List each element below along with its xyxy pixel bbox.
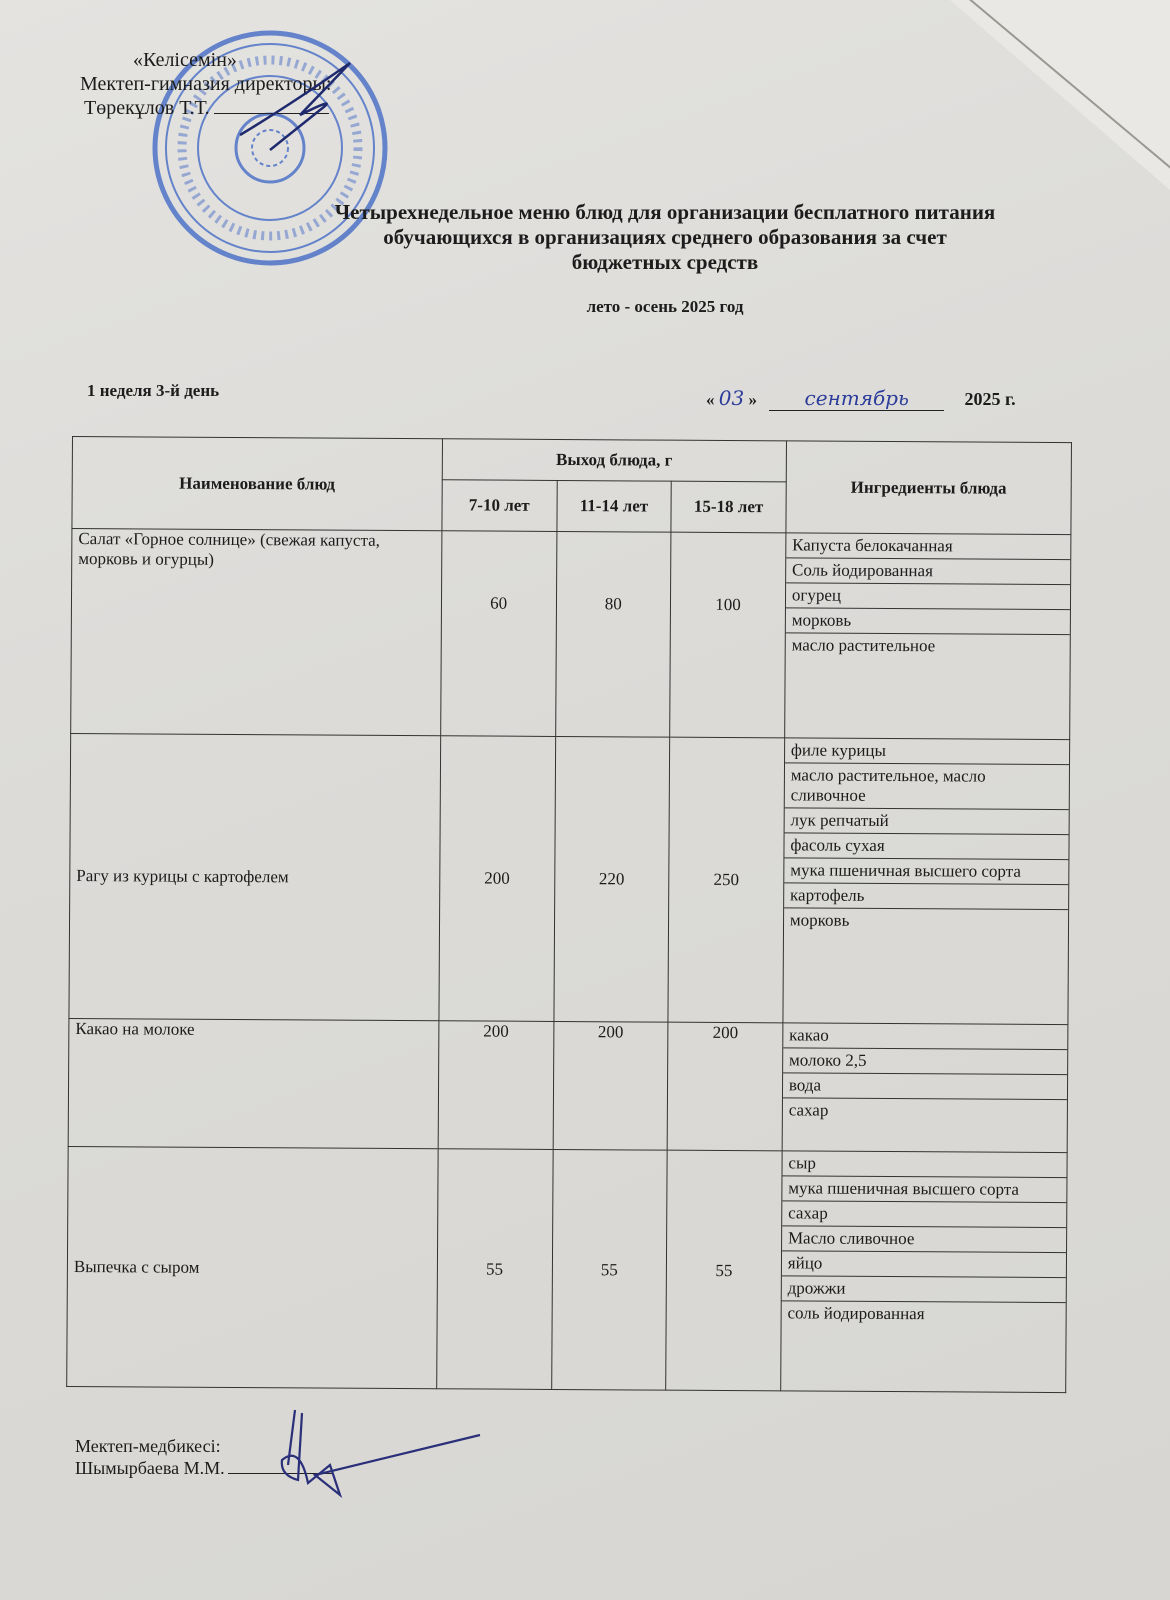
dish-name: Салат «Горное солнице» (свежая капуста, … (71, 529, 442, 736)
ingredient-item: Соль йодированная (786, 558, 1070, 585)
portion-11-14: 200 (553, 1021, 668, 1150)
portion-15-18: 55 (666, 1150, 782, 1391)
ingredient-item: масло растительное, масло сливочное (785, 763, 1069, 810)
portion-7-10: 200 (439, 736, 555, 1022)
ingredient-item: картофель (784, 883, 1068, 910)
ingredient-item: какао (783, 1023, 1067, 1050)
ingredient-item: вода (783, 1073, 1067, 1100)
date-year: 2025 г. (964, 389, 1015, 409)
portion-15-18: 200 (667, 1022, 782, 1151)
portion-11-14: 220 (553, 736, 669, 1022)
ingredient-item: яйцо (782, 1251, 1066, 1278)
date-month: сентябрь (769, 386, 944, 411)
table-row: Какао на молоке200200200какаомолоко 2,5в… (68, 1018, 1068, 1152)
quote-open: « (706, 390, 715, 409)
portion-7-10: 55 (437, 1149, 553, 1390)
director-signature-icon (230, 55, 370, 155)
header-age-15-18: 15-18 лет (671, 481, 786, 533)
title-line-2: обучающихся в организациях среднего обра… (270, 225, 1060, 250)
ingredient-item: соль йодированная (781, 1301, 1065, 1327)
ingredients-cell: сырмука пшеничная высшего сортасахарМасл… (781, 1151, 1068, 1393)
ingredient-item: лук репчатый (784, 808, 1068, 835)
ingredients-cell: какаомолоко 2,5водасахар (782, 1023, 1068, 1153)
ingredient-item: сахар (782, 1201, 1066, 1228)
header-age-11-14: 11-14 лет (556, 480, 671, 532)
ingredient-item: филе курицы (785, 738, 1069, 765)
ingredient-item: огурец (786, 583, 1070, 610)
menu-date: « 03 » сентябрь 2025 г. (706, 386, 1016, 411)
quote-close: » (748, 390, 757, 409)
ingredient-item: мука пшеничная высшего сорта (782, 1176, 1066, 1203)
portion-11-14: 55 (551, 1149, 667, 1390)
page-corner (950, 0, 1170, 190)
ingredient-item: молоко 2,5 (783, 1048, 1067, 1075)
portion-7-10: 200 (438, 1021, 553, 1150)
table-row: Салат «Горное солнице» (свежая капуста, … (71, 529, 1071, 740)
header-output: Выход блюда, г (442, 439, 786, 482)
dish-name: Выпечка с сыром (67, 1146, 438, 1388)
header-age-7-10: 7-10 лет (442, 480, 557, 532)
date-day: 03 (719, 386, 744, 410)
table-row: Выпечка с сыром555555сырмука пшеничная в… (67, 1146, 1067, 1392)
portion-15-18: 100 (670, 532, 786, 738)
ingredient-item: сахар (783, 1098, 1067, 1124)
nurse-name: Шымырбаева М.М. (75, 1458, 225, 1478)
table-row: Рагу из курицы с картофелем200220250филе… (69, 733, 1070, 1024)
ingredient-item: фасоль сухая (784, 833, 1068, 860)
ingredients-cell: филе курицымасло растительное, масло сли… (783, 738, 1070, 1025)
ingredient-item: дрожжи (782, 1276, 1066, 1303)
ingredient-item: морковь (784, 908, 1068, 934)
ingredient-item: Капуста белокачанная (786, 533, 1070, 560)
portion-11-14: 80 (555, 531, 671, 737)
nurse-signature-icon (270, 1405, 500, 1500)
portion-15-18: 250 (668, 737, 784, 1023)
title-line-3: бюджетных средств (270, 250, 1060, 275)
ingredient-item: масло растительное (786, 633, 1070, 659)
ingredient-item: морковь (786, 608, 1070, 635)
week-day-label: 1 неделя 3-й день (87, 381, 219, 401)
ingredient-item: сыр (782, 1151, 1066, 1178)
document-title: Четырехнедельное меню блюд для организац… (270, 200, 1060, 275)
portion-7-10: 60 (441, 531, 557, 737)
ingredient-item: Масло сливочное (782, 1226, 1066, 1253)
ingredients-cell: Капуста белокачаннаяСоль йодированнаяогу… (785, 533, 1071, 740)
header-ingredients: Ингредиенты блюда (786, 441, 1072, 535)
season-subtitle: лето - осень 2025 год (270, 297, 1060, 317)
title-line-1: Четырехнедельное меню блюд для организац… (270, 200, 1060, 225)
header-dish-name: Наименование блюд (72, 437, 442, 531)
director-name: Төрекұлов Т.Т. (84, 97, 210, 119)
dish-name: Какао на молоке (68, 1018, 439, 1148)
menu-table: Наименование блюд Выход блюда, г Ингреди… (66, 436, 1072, 1393)
dish-name: Рагу из курицы с картофелем (69, 733, 441, 1020)
ingredient-item: мука пшеничная высшего сорта (784, 858, 1068, 885)
